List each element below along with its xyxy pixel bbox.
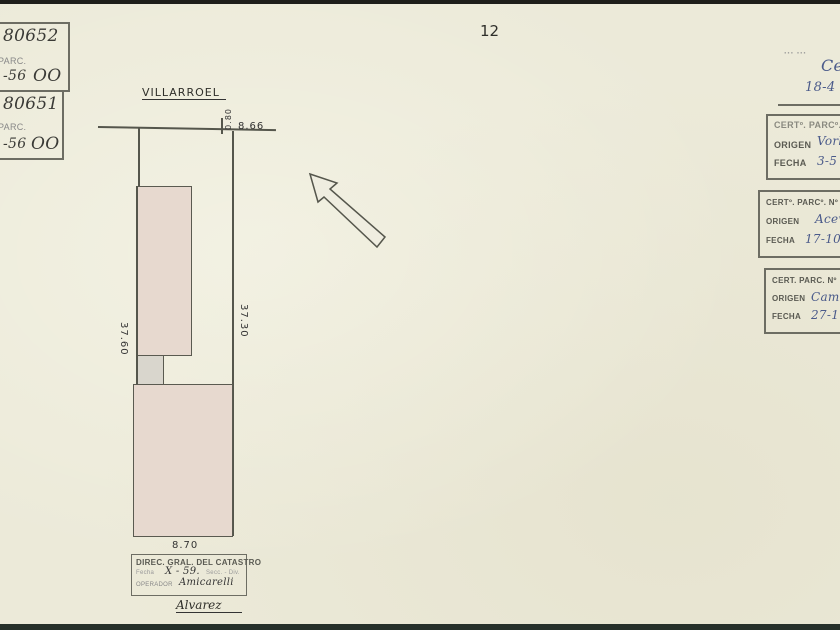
cert-stamp-date: 18-4 [805,80,835,95]
right-depth-dim: 37.30 [238,304,249,338]
plan-sheet: 12 80652 PARC. -56 OO 80651 PARC. -56 OO… [0,4,840,626]
parcel-stamp-1: 80652 PARC. -56 OO [0,22,70,92]
parcel-date: -56 [3,136,26,152]
seccion-label: Secc. - Div. [206,570,240,576]
cert-label: CERT. PARC. Nº [772,276,837,285]
date-label: FECHA [772,312,801,321]
lot-left-line-top [138,128,140,188]
lot-left-line-mid [136,186,138,386]
parcel-number: 80652 [3,26,59,46]
cert-label: CERTº. PARCº. Nº [774,120,840,130]
parcel-label: PARC. [0,56,26,66]
street-name: VILLARROEL [142,86,226,100]
rear-width-dim: 8.70 [172,540,198,551]
date-value: 27-11 [811,308,840,322]
patio [136,355,164,385]
page-number: 12 [480,22,499,40]
signature: Alvarez [176,598,242,613]
origin-value: Vorla [817,134,840,148]
cert-stamp-1: CERTº. PARCº. Nº ORIGEN Vorla FECHA 3-5 [766,114,840,180]
north-arrow-icon [305,169,395,254]
date-label: FECHA [774,158,807,168]
cert-stamp-3: CERT. PARC. Nº ORIGEN Campo FECHA 27-11 [764,268,840,334]
parcel-number: 80651 [3,94,59,114]
catastro-stamp: DIREC. GRAL. DEL CATASTRO Fecha X - 59. … [131,554,247,596]
origin-value: Campo [811,290,840,304]
front-offset-tick [221,118,223,134]
parcel-label: PARC. [0,122,26,132]
fecha-label: Fecha [136,570,154,576]
date-value: 3-5 [817,154,837,168]
origin-label: ORIGEN [766,217,799,226]
parcel-initials: OO [31,134,59,154]
parcel-initials: OO [33,66,61,86]
front-width-dim: 8.66 [238,121,264,132]
parcel-date: -56 [3,68,26,84]
operador-label: OPERADOR [136,582,173,588]
origin-label: ORIGEN [774,140,811,150]
scan-edge [0,624,840,630]
cert-stamp-0: ··· ··· Ce 18-4 [778,44,840,106]
cert-stamp-origin: Ce [821,56,840,75]
operador-value: Amicarelli [179,577,234,588]
building-front [136,186,192,356]
front-offset-dim: 0.80 [224,108,233,130]
date-value: 17-10- [805,232,840,246]
origin-label: ORIGEN [772,294,805,303]
building-rear [133,384,233,537]
date-label: FECHA [766,236,795,245]
cert-label: CERTº. PARCº. Nº [766,198,838,207]
origin-value: Acev [815,212,840,226]
cert-stamp-2: CERTº. PARCº. Nº ORIGEN Acev FECHA 17-10… [758,190,840,258]
fecha-value: X - 59. [165,566,200,577]
parcel-stamp-2: 80651 PARC. -56 OO [0,90,64,160]
left-depth-dim: 37.60 [118,322,129,356]
